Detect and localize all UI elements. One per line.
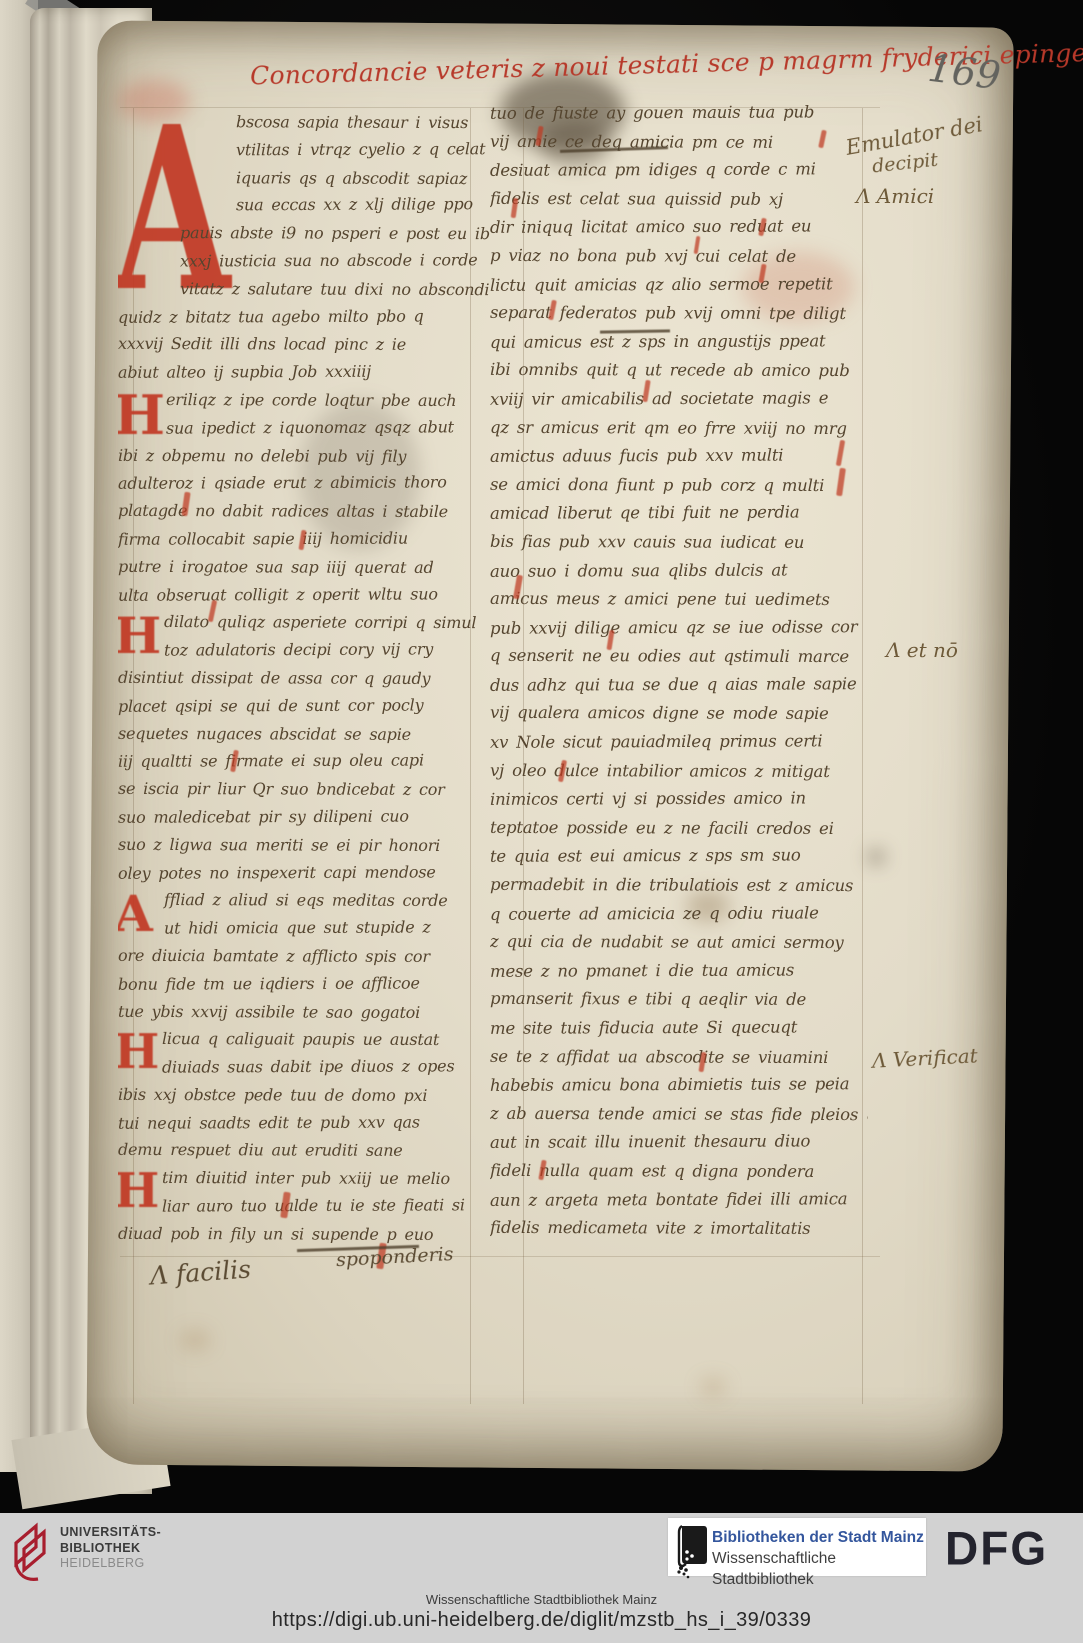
manuscript-line: se te z affidat ua abscodite se viuamini: [490, 1046, 868, 1076]
manuscript-line: pauis abste i9 no psperi e post eu ibid: [118, 223, 490, 252]
manuscript-line: xxxvij Sedit illi dns locad pinc z ie: [118, 334, 490, 363]
source-url[interactable]: https://digi.ub.uni-heidelberg.de/diglit…: [0, 1609, 1083, 1632]
caption: Wissenschaftliche Stadtbibliothek Mainz: [0, 1592, 1083, 1607]
manuscript-line: licua q caliguait paupis ue austat: [118, 1029, 490, 1058]
manuscript-line: te quia est eui amicus z sps sm suo: [490, 846, 868, 876]
mainz-logo-line2: Wissenschaftliche Stadtbibliothek: [712, 1548, 926, 1590]
paragraph: Heriliqz z ipe corde loqtur pbe auchsua …: [118, 390, 490, 612]
manuscript-line: placet qsipi se qui de sunt cor pocly: [118, 695, 490, 724]
manuscript-line: separat federatos pub xvij omni tpe dili…: [490, 303, 868, 333]
folio-number: 169: [926, 46, 1003, 99]
manuscript-line: ibis xxj obstce pede tuu de domo pxi: [118, 1085, 490, 1114]
manuscript-line: desiuat amica pm idiges q corde c mi: [490, 159, 868, 189]
fox-spot: [180, 1330, 210, 1350]
manuscript-line: abiut alteo ij supbia Job xxxiiij: [118, 361, 490, 390]
manuscript-line: habebis amicu bona abimietis tuis se pei…: [490, 1074, 868, 1104]
manuscript-line: vtilitas i vtrqz cyelio z q celat: [118, 139, 490, 168]
manuscript-line: amictus aduus fucis pub xxv multi: [490, 445, 868, 475]
text-column-right: tuo de fiuste ay gouen mauis tua pubvij …: [490, 103, 868, 1255]
ub-logo-line1: UNIVERSITÄTS-: [60, 1525, 161, 1541]
manuscript-line: putre i irogatoe sua sap iiij querat ad: [118, 557, 490, 586]
manuscript-line: ut hidi omicia que sut stupide z: [118, 917, 490, 946]
ub-heidelberg-icon: [8, 1519, 58, 1587]
manuscript-line: bonu fide tm ue iqdiers i oe afflicoe: [118, 973, 490, 1002]
paragraph: Affliad z aliud si eqs meditas cordeut h…: [118, 890, 490, 1029]
manuscript-line: suo maledicebat pir sy dilipeni cuo: [118, 806, 490, 835]
paragraph: Hdilato quliqz asperiete corripi q simul…: [118, 612, 490, 890]
manuscript-line: sua ipedict z iquonomaz qsqz abut: [118, 417, 490, 446]
manuscript-line: platagde no dabit radices altas i stabil…: [118, 501, 490, 530]
manuscript-line: dus adhz qui tua se due q aias male sapi…: [490, 674, 868, 704]
text-column-left: Abscosa sapia thesaur i visusvtilitas i …: [118, 112, 490, 1258]
manuscript-line: qui amicus est z sps in angustijs ppeat: [490, 331, 868, 361]
manuscript-line: sua eccas xx z xlj dilige ppo: [118, 195, 490, 224]
manuscript-line: inimicos certi vj si possides amico in: [490, 788, 868, 818]
manuscript-line: auo suo i domu sua qlibs dulcis at: [490, 560, 868, 590]
manuscript-photo: Concordancie veteris z noui testati sce …: [0, 0, 1083, 1513]
manuscript-line: aut in scait illu inuenit thesauru diuo: [490, 1132, 868, 1162]
manuscript-line: demu respuet diu aut eruditi sane: [118, 1140, 490, 1169]
manuscript-line: q senserit ne eu odies aut qstimuli marc…: [490, 646, 868, 676]
manuscript-line: vj oleo dulce intabilior amicos z mitiga…: [490, 760, 868, 790]
paragraph: Abscosa sapia thesaur i visusvtilitas i …: [118, 112, 490, 390]
manuscript-line: qz sr amicus erit qm eo frre xviij no mr…: [490, 417, 868, 447]
ub-logo-line3: HEIDELBERG: [60, 1556, 161, 1572]
manuscript-line: ore diuicia bamtate z afflicto spis cor: [118, 946, 490, 975]
manuscript-line: bscosa sapia thesaur i visus: [118, 112, 490, 141]
mainz-library-logo[interactable]: Bibliotheken der Stadt Mainz Wissenschaf…: [668, 1518, 926, 1576]
manuscript-line: suo z ligwa sua meriti se ei pir honori: [118, 835, 490, 864]
manuscript-line: lictu quit amicias qz alio sermoe repeti…: [490, 274, 868, 304]
manuscript-line: diuiads suas dabit ipe diuos z opes: [118, 1056, 490, 1085]
manuscript-line: eriliqz z ipe corde loqtur pbe auch: [118, 390, 490, 419]
manuscript-line: vij amie ce deq amicia pm ce mi: [490, 131, 868, 161]
manuscript-line: iquaris qs q abscodit sapiaz: [118, 167, 490, 196]
ub-logo-line2: BIBLIOTHEK: [60, 1541, 161, 1557]
manuscript-line: xv Nole sicut pauiadmileq primus certi: [490, 731, 868, 761]
fox-spot: [868, 850, 884, 864]
manuscript-line: amicad liberut qe tibi fuit ne perdia: [490, 502, 868, 532]
manuscript-line: ulta obseruat colligit z operit wltu suo: [118, 584, 490, 613]
manuscript-line: teptatoe posside eu z ne facili credos e…: [490, 818, 868, 848]
marginal-note-amici: Λ Amici: [856, 184, 934, 208]
manuscript-line: dilato quliqz asperiete corripi q simul: [118, 612, 490, 641]
manuscript-line: fideli nulla quam est q digna pondera: [490, 1161, 868, 1191]
manuscript-line: fidelis est celat sua quissid pub xj: [490, 189, 868, 219]
mainz-book-icon: [672, 1522, 712, 1580]
manuscript-line: p viaz no bona pub xvj cui celat de: [490, 246, 868, 276]
manuscript-line: dir iniquq licitat amico suo reduat eu: [490, 217, 868, 247]
manuscript-line: fidelis medicameta vite z imortalitatis: [490, 1218, 868, 1248]
manuscript-line: adulteroz i qsiade erut z abimicis thoro: [118, 473, 490, 502]
manuscript-line: ffliad z aliud si eqs meditas corde: [118, 890, 490, 919]
manuscript-line: liar auro tuo ualde tu ie ste fieati si: [118, 1195, 490, 1224]
manuscript-line: permadebit in die tribulatiois est z ami…: [490, 875, 868, 905]
manuscript-line: disintiut dissipat de assa cor q gaudy: [118, 668, 490, 697]
manuscript-line: oley potes no inspexerit capi mendose: [118, 862, 490, 891]
paragraph: Htim diuitid inter pub xxiij ue meliolia…: [118, 1168, 490, 1251]
manuscript-line: me site tuis fiducia aute Si quecuqt: [490, 1017, 868, 1047]
manuscript-line: z qui cia de nudabit se aut amici sermoy: [490, 932, 868, 962]
manuscript-line: quidz z bitatz tua agebo milto pbo q: [118, 306, 490, 335]
manuscript-line: aun z argeta meta bontate fidei illi ami…: [490, 1189, 868, 1219]
ub-heidelberg-logo[interactable]: UNIVERSITÄTS- BIBLIOTHEK HEIDELBERG: [8, 1519, 168, 1589]
manuscript-line: pub xxvij dilige amicu qz se iue odisse …: [490, 617, 868, 647]
marginal-note-et-no: Λ et nō: [886, 638, 958, 662]
manuscript-line: vitatz z salutare tuu dixi no abscondi: [118, 279, 490, 308]
footer-bar: UNIVERSITÄTS- BIBLIOTHEK HEIDELBERG Bibl…: [0, 1513, 1083, 1643]
manuscript-line: vij qualera amicos digne se mode sapie: [490, 703, 868, 733]
manuscript-line: tuo de fiuste ay gouen mauis tua pub: [490, 103, 868, 132]
manuscript-line: iij qualtti se firmate ei sup oleu capi: [118, 751, 490, 780]
manuscript-line: z ab auersa tende amici se stas fide ple…: [490, 1104, 868, 1134]
manuscript-line: tue ybis xxvij assibile te sao gogatoi: [118, 1001, 490, 1030]
paragraph: Hlicua q caliguait paupis ue austatdiuia…: [118, 1029, 490, 1168]
manuscript-line: xviij vir amicabilis ad societate magis …: [490, 388, 868, 418]
manuscript-line: sequetes nugaces abscidat se sapie: [118, 723, 490, 752]
manuscript-line: xxxj iusticia sua no abscode i corde: [118, 250, 490, 279]
manuscript-line: amicus meus z amici pene tui uedimets: [490, 589, 868, 619]
manuscript-line: mese z no pmanet i die tua amicus: [490, 960, 868, 990]
manuscript-line: q couerte ad amicicia ze q odiu riuale: [490, 903, 868, 933]
manuscript-line: pmanserit fixus e tibi q aeqlir via de: [490, 989, 868, 1019]
manuscript-line: bis fias pub xxv cauis sua iudicat eu: [490, 532, 868, 562]
manuscript-line: ibi z obpemu no delebi pub vij fily: [118, 445, 490, 474]
dfg-logo[interactable]: DFG: [945, 1520, 1048, 1575]
manuscript-line: se iscia pir liur Qr suo bndicebat z cor: [118, 779, 490, 808]
manuscript-line: se amici dona fiunt p pub corz q multi: [490, 475, 868, 505]
mainz-logo-line1: Bibliotheken der Stadt Mainz: [712, 1527, 926, 1548]
manuscript-line: tui nequi saadts edit te pub xxv qas: [118, 1112, 490, 1141]
manuscript-line: tim diuitid inter pub xxiij ue melio: [118, 1168, 490, 1197]
manuscript-line: toz adulatoris decipi cory vij cry: [118, 639, 490, 668]
manuscript-line: ibi omnibs quit q ut recede ab amico pub: [490, 360, 868, 390]
screenshot-stage: Concordancie veteris z noui testati sce …: [0, 0, 1083, 1643]
fox-spot: [700, 1378, 726, 1396]
